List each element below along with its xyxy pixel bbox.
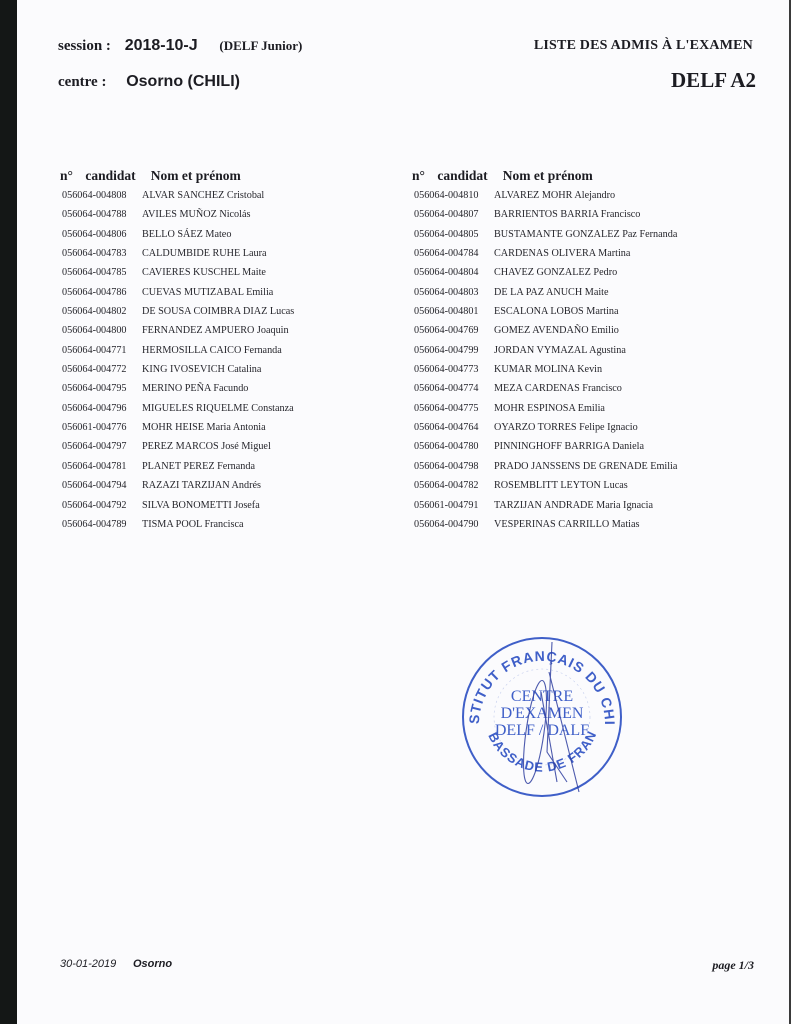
candidate-name: GOMEZ AVENDAÑO Emilio xyxy=(494,321,619,340)
centre-line: centre : Osorno (CHILI) xyxy=(58,73,240,91)
centre-label: centre : xyxy=(58,74,106,90)
header-nom: Nom et prénom xyxy=(503,168,593,183)
scan-edge-left xyxy=(0,0,17,1024)
candidate-name: ESCALONA LOBOS Martina xyxy=(494,302,619,321)
candidate-row: 056064-004782ROSEMBLITT LEYTON Lucas xyxy=(412,476,677,495)
header-candidat: candidat xyxy=(437,168,499,184)
candidate-row: 056064-004774MEZA CARDENAS Francisco xyxy=(412,379,677,398)
header-no: n° xyxy=(60,168,82,184)
candidate-number: 056064-004764 xyxy=(412,418,494,437)
candidate-number: 056064-004805 xyxy=(412,225,494,244)
candidate-name: KUMAR MOLINA Kevin xyxy=(494,360,602,379)
candidate-name: BUSTAMANTE GONZALEZ Paz Fernanda xyxy=(494,225,677,244)
candidate-number: 056064-004773 xyxy=(412,360,494,379)
candidate-row: 056064-004783CALDUMBIDE RUHE Laura xyxy=(60,244,294,263)
candidate-number: 056064-004801 xyxy=(412,302,494,321)
candidate-name: KING IVOSEVICH Catalina xyxy=(142,360,261,379)
candidate-number: 056064-004807 xyxy=(412,205,494,224)
candidate-row: 056064-004775MOHR ESPINOSA Emilia xyxy=(412,399,677,418)
stamp-line2: D'EXAMEN xyxy=(501,705,584,722)
footer-date: 30-01-2019 xyxy=(60,958,116,970)
candidate-number: 056064-004796 xyxy=(60,399,142,418)
session-label: session : xyxy=(58,38,111,54)
candidate-row: 056064-004810ALVAREZ MOHR Alejandro xyxy=(412,186,677,205)
candidate-number: 056064-004808 xyxy=(60,186,142,205)
page-number: page 1/3 xyxy=(712,958,754,973)
candidate-number: 056064-004788 xyxy=(60,205,142,224)
candidate-name: AVILES MUÑOZ Nicolás xyxy=(142,205,250,224)
candidate-name: OYARZO TORRES Felipe Ignacio xyxy=(494,418,638,437)
candidate-number: 056061-004776 xyxy=(60,418,142,437)
exam-level: DELF A2 xyxy=(671,68,756,93)
candidate-row: 056061-004791TARZIJAN ANDRADE Maria Igna… xyxy=(412,496,677,515)
candidate-name: MOHR ESPINOSA Emilia xyxy=(494,399,605,418)
candidate-name: TISMA POOL Francisca xyxy=(142,515,244,534)
candidate-number: 056064-004781 xyxy=(60,457,142,476)
candidate-name: PLANET PEREZ Fernanda xyxy=(142,457,255,476)
candidate-name: PINNINGHOFF BARRIGA Daniela xyxy=(494,437,644,456)
candidate-name: ROSEMBLITT LEYTON Lucas xyxy=(494,476,628,495)
candidate-name: MIGUELES RIQUELME Constanza xyxy=(142,399,294,418)
candidate-row: 056064-004771HERMOSILLA CAICO Fernanda xyxy=(60,341,294,360)
candidate-name: BARRIENTOS BARRIA Francisco xyxy=(494,205,640,224)
candidate-number: 056064-004789 xyxy=(60,515,142,534)
candidate-row: 056064-004796MIGUELES RIQUELME Constanza xyxy=(60,399,294,418)
candidate-number: 056064-004806 xyxy=(60,225,142,244)
candidate-row: 056064-004792SILVA BONOMETTI Josefa xyxy=(60,496,294,515)
candidate-number: 056064-004797 xyxy=(60,437,142,456)
candidate-number: 056064-004795 xyxy=(60,379,142,398)
candidate-row: 056064-004799JORDAN VYMAZAL Agustina xyxy=(412,341,677,360)
candidate-row: 056064-004786CUEVAS MUTIZABAL Emilia xyxy=(60,283,294,302)
official-stamp: INSTITUT FRANÇAIS DU CHILI AMBASSADE DE … xyxy=(457,632,627,802)
candidate-name: MOHR HEISE Maria Antonia xyxy=(142,418,266,437)
candidate-number: 056064-004802 xyxy=(60,302,142,321)
candidate-number: 056064-004810 xyxy=(412,186,494,205)
candidate-name: CALDUMBIDE RUHE Laura xyxy=(142,244,267,263)
candidate-number: 056064-004784 xyxy=(412,244,494,263)
candidate-number: 056064-004785 xyxy=(60,263,142,282)
header-no: n° xyxy=(412,168,434,184)
candidate-row: 056064-004798PRADO JANSSENS DE GRENADE E… xyxy=(412,457,677,476)
candidate-number: 056064-004790 xyxy=(412,515,494,534)
candidate-row: 056061-004776MOHR HEISE Maria Antonia xyxy=(60,418,294,437)
candidate-name: TARZIJAN ANDRADE Maria Ignacia xyxy=(494,496,653,515)
candidate-number: 056064-004786 xyxy=(60,283,142,302)
candidate-row: 056064-004794RAZAZI TARZIJAN Andrés xyxy=(60,476,294,495)
candidate-number: 056064-004780 xyxy=(412,437,494,456)
candidate-number: 056061-004791 xyxy=(412,496,494,515)
session-sub: (DELF Junior) xyxy=(219,38,302,53)
candidate-name: JORDAN VYMAZAL Agustina xyxy=(494,341,626,360)
candidate-row: 056064-004797PEREZ MARCOS José Miguel xyxy=(60,437,294,456)
candidate-number: 056064-004783 xyxy=(60,244,142,263)
candidate-row: 056064-004781PLANET PEREZ Fernanda xyxy=(60,457,294,476)
candidate-row: 056064-004805BUSTAMANTE GONZALEZ Paz Fer… xyxy=(412,225,677,244)
candidate-name: ALVAREZ MOHR Alejandro xyxy=(494,186,615,205)
column-header: n° candidat Nom et prénom xyxy=(60,168,294,186)
candidate-number: 056064-004794 xyxy=(60,476,142,495)
candidate-number: 056064-004798 xyxy=(412,457,494,476)
candidate-name: VESPERINAS CARRILLO Matias xyxy=(494,515,639,534)
candidate-row: 056064-004785CAVIERES KUSCHEL Maite xyxy=(60,263,294,282)
candidate-number: 056064-004771 xyxy=(60,341,142,360)
candidate-row: 056064-004808ALVAR SANCHEZ Cristobal xyxy=(60,186,294,205)
candidate-row: 056064-004784CARDENAS OLIVERA Martina xyxy=(412,244,677,263)
candidate-number: 056064-004775 xyxy=(412,399,494,418)
candidate-name: CARDENAS OLIVERA Martina xyxy=(494,244,630,263)
candidate-number: 056064-004782 xyxy=(412,476,494,495)
candidate-name: DE SOUSA COIMBRA DIAZ Lucas xyxy=(142,302,294,321)
candidate-name: BELLO SÁEZ Mateo xyxy=(142,225,231,244)
header-candidat: candidat xyxy=(85,168,147,184)
candidate-name: PRADO JANSSENS DE GRENADE Emilia xyxy=(494,457,677,476)
candidate-name: CAVIERES KUSCHEL Maite xyxy=(142,263,266,282)
candidate-row: 056064-004795MERINO PEÑA Facundo xyxy=(60,379,294,398)
candidate-row: 056064-004789TISMA POOL Francisca xyxy=(60,515,294,534)
candidate-row: 056064-004769GOMEZ AVENDAÑO Emilio xyxy=(412,321,677,340)
candidate-row: 056064-004801ESCALONA LOBOS Martina xyxy=(412,302,677,321)
left-candidate-column: n° candidat Nom et prénom 056064-004808A… xyxy=(60,168,294,534)
candidate-name: RAZAZI TARZIJAN Andrés xyxy=(142,476,261,495)
candidate-name: PEREZ MARCOS José Miguel xyxy=(142,437,271,456)
right-candidate-column: n° candidat Nom et prénom 056064-004810A… xyxy=(412,168,677,534)
candidate-row: 056064-004806BELLO SÁEZ Mateo xyxy=(60,225,294,244)
candidate-row: 056064-004790VESPERINAS CARRILLO Matias xyxy=(412,515,677,534)
candidate-row: 056064-004800FERNANDEZ AMPUERO Joaquin xyxy=(60,321,294,340)
stamp-line3: DELF / DALF xyxy=(495,722,589,739)
candidate-row: 056064-004807BARRIENTOS BARRIA Francisco xyxy=(412,205,677,224)
session-line: session : 2018-10-J (DELF Junior) xyxy=(58,37,302,55)
candidate-name: SILVA BONOMETTI Josefa xyxy=(142,496,260,515)
candidate-number: 056064-004799 xyxy=(412,341,494,360)
candidate-row: 056064-004773KUMAR MOLINA Kevin xyxy=(412,360,677,379)
candidate-row: 056064-004804CHAVEZ GONZALEZ Pedro xyxy=(412,263,677,282)
candidate-name: MERINO PEÑA Facundo xyxy=(142,379,248,398)
candidate-row: 056064-004780PINNINGHOFF BARRIGA Daniela xyxy=(412,437,677,456)
header-nom: Nom et prénom xyxy=(151,168,241,183)
candidate-name: HERMOSILLA CAICO Fernanda xyxy=(142,341,282,360)
candidate-number: 056064-004800 xyxy=(60,321,142,340)
candidate-number: 056064-004803 xyxy=(412,283,494,302)
candidate-row: 056064-004802DE SOUSA COIMBRA DIAZ Lucas xyxy=(60,302,294,321)
candidate-row: 056064-004803DE LA PAZ ANUCH Maite xyxy=(412,283,677,302)
footer-city: Osorno xyxy=(133,958,172,970)
candidate-number: 056064-004792 xyxy=(60,496,142,515)
candidate-number: 056064-004774 xyxy=(412,379,494,398)
candidate-name: CHAVEZ GONZALEZ Pedro xyxy=(494,263,617,282)
candidate-name: DE LA PAZ ANUCH Maite xyxy=(494,283,609,302)
candidate-name: FERNANDEZ AMPUERO Joaquin xyxy=(142,321,289,340)
candidate-name: ALVAR SANCHEZ Cristobal xyxy=(142,186,264,205)
column-header: n° candidat Nom et prénom xyxy=(412,168,677,186)
centre-value: Osorno (CHILI) xyxy=(126,73,240,90)
session-value: 2018-10-J xyxy=(125,37,198,54)
candidate-number: 056064-004769 xyxy=(412,321,494,340)
document-title: LISTE DES ADMIS À L'EXAMEN xyxy=(534,38,753,54)
candidate-number: 056064-004804 xyxy=(412,263,494,282)
candidate-name: CUEVAS MUTIZABAL Emilia xyxy=(142,283,273,302)
candidate-name: MEZA CARDENAS Francisco xyxy=(494,379,622,398)
candidate-row: 056064-004788AVILES MUÑOZ Nicolás xyxy=(60,205,294,224)
candidate-row: 056064-004764OYARZO TORRES Felipe Ignaci… xyxy=(412,418,677,437)
candidate-row: 056064-004772KING IVOSEVICH Catalina xyxy=(60,360,294,379)
candidate-number: 056064-004772 xyxy=(60,360,142,379)
